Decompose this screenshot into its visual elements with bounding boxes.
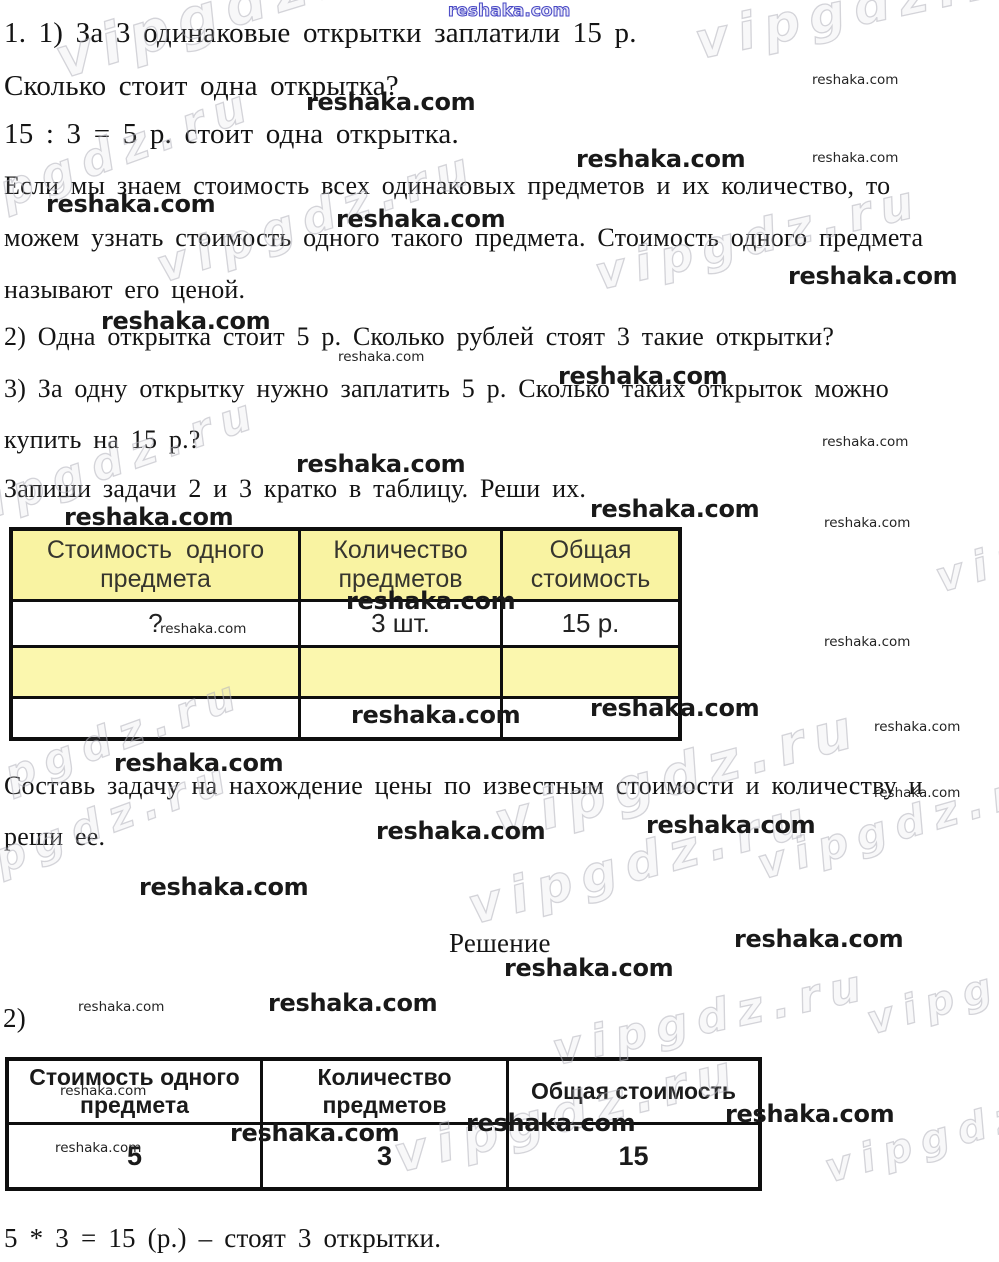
reshaka-watermark: reshaka.com bbox=[590, 694, 759, 722]
reshaka-watermark: reshaka.com bbox=[268, 989, 437, 1017]
reshaka-watermark-small: reshaka.com bbox=[55, 1140, 141, 1156]
rule-line-3: называют его ценой. bbox=[4, 276, 245, 305]
reshaka-watermark: reshaka.com bbox=[725, 1100, 894, 1128]
reshaka-watermark-small: reshaka.com bbox=[812, 150, 898, 166]
reshaka-watermark-small: reshaka.com bbox=[812, 72, 898, 88]
reshaka-watermark-small: reshaka.com bbox=[874, 785, 960, 801]
reshaka-watermark-small: reshaka.com bbox=[338, 349, 424, 365]
vipgdz-watermark: vipgdz.ru bbox=[690, 0, 999, 71]
reshaka-watermark: reshaka.com bbox=[351, 701, 520, 729]
reshaka-watermark: reshaka.com bbox=[296, 450, 465, 478]
reshaka-watermark: reshaka.com bbox=[230, 1119, 399, 1147]
table-cell: 15 р. bbox=[503, 602, 678, 645]
reshaka-watermark: reshaka.com bbox=[788, 262, 957, 290]
vipgdz-watermark: vipgdz.ru bbox=[820, 1065, 999, 1193]
table-cell: ? bbox=[13, 602, 298, 645]
reshaka-watermark: reshaka.com bbox=[346, 587, 515, 615]
reshaka-watermark: reshaka.com bbox=[101, 307, 270, 335]
reshaka-watermark: reshaka.com bbox=[466, 1109, 635, 1137]
solution-answer: 5 * 3 = 15 (р.) – стоят 3 открытки. bbox=[4, 1224, 441, 1254]
reshaka-watermark-small: reshaka.com bbox=[822, 434, 908, 450]
reshaka-watermark: reshaka.com bbox=[558, 362, 727, 390]
reshaka-watermark: reshaka.com bbox=[139, 873, 308, 901]
reshaka-watermark-small: reshaka.com bbox=[78, 999, 164, 1015]
table-cell bbox=[13, 648, 298, 696]
reshaka-watermark: reshaka.com bbox=[46, 190, 215, 218]
scanned-textbook-page: vipgdz.ruvipgdz.ruvipgdz.ruvipgdz.ruvipg… bbox=[0, 0, 999, 1262]
task-summary-table: Стоимость одного предметаКоличество пред… bbox=[9, 527, 682, 741]
reshaka-watermark-small: reshaka.com bbox=[160, 621, 246, 637]
table-header-cell: Общая стоимость bbox=[503, 531, 678, 599]
reshaka-watermark: reshaka.com bbox=[646, 811, 815, 839]
reshaka-watermark: reshaka.com bbox=[734, 925, 903, 953]
vipgdz-watermark: vipgdz.ru bbox=[930, 469, 999, 602]
table-cell: 5 bbox=[9, 1125, 260, 1187]
reshaka-watermark: reshaka.com bbox=[114, 749, 283, 777]
table-header-cell: Стоимость одного предмета bbox=[13, 531, 298, 599]
reshaka-watermark: reshaka.com bbox=[306, 88, 475, 116]
item-2-label: 2) bbox=[3, 1004, 26, 1034]
reshaka-watermark-small: reshaka.com bbox=[60, 1083, 146, 1099]
reshaka-watermark-small: reshaka.com bbox=[874, 719, 960, 735]
reshaka-watermark: reshaka.com bbox=[376, 817, 545, 845]
reshaka-watermark-small: reshaka.com bbox=[824, 634, 910, 650]
reshaka-watermark-small: reshaka.com bbox=[824, 515, 910, 531]
reshaka-watermark-blue: reshaka.com bbox=[448, 1, 570, 21]
reshaka-watermark: reshaka.com bbox=[590, 495, 759, 523]
table-cell bbox=[301, 648, 500, 696]
task-3-line-1: 3) За одну открытку нужно заплатить 5 р.… bbox=[4, 375, 889, 404]
reshaka-watermark: reshaka.com bbox=[64, 503, 233, 531]
reshaka-watermark: reshaka.com bbox=[504, 954, 673, 982]
table-cell bbox=[503, 648, 678, 696]
reshaka-watermark: reshaka.com bbox=[336, 205, 505, 233]
reshaka-watermark: reshaka.com bbox=[576, 145, 745, 173]
